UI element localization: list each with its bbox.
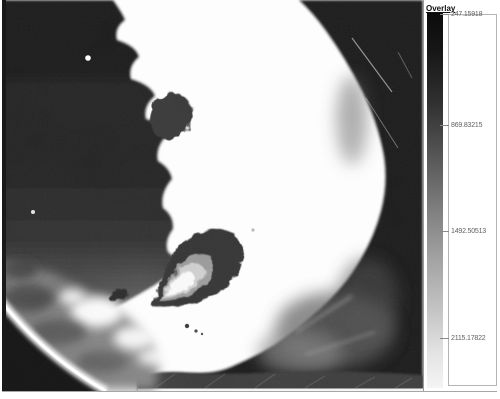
colorbar-tick-label: 2115.17822 xyxy=(451,334,485,343)
texture-grain xyxy=(2,0,423,391)
colorbar-gradient xyxy=(427,12,443,388)
image-right-border xyxy=(423,0,424,391)
colorbar-tick xyxy=(440,231,449,232)
legend-title[interactable]: Overlay xyxy=(426,4,455,13)
image-viewport[interactable] xyxy=(0,0,425,393)
colorbar-tick xyxy=(440,125,449,126)
colorbar-tick xyxy=(440,338,449,339)
app-window: Overlay 247.15918 869.83215 1492.50513 2… xyxy=(0,0,500,399)
colorbar-tick-label: 247.15918 xyxy=(451,10,482,19)
colorbar-tick-label: 869.83215 xyxy=(451,121,482,130)
colorbar-tick xyxy=(440,14,449,15)
window-bottom-border xyxy=(2,391,497,392)
colorbar-tick-label: 1492.50513 xyxy=(451,227,486,236)
legend-frame xyxy=(448,14,497,386)
